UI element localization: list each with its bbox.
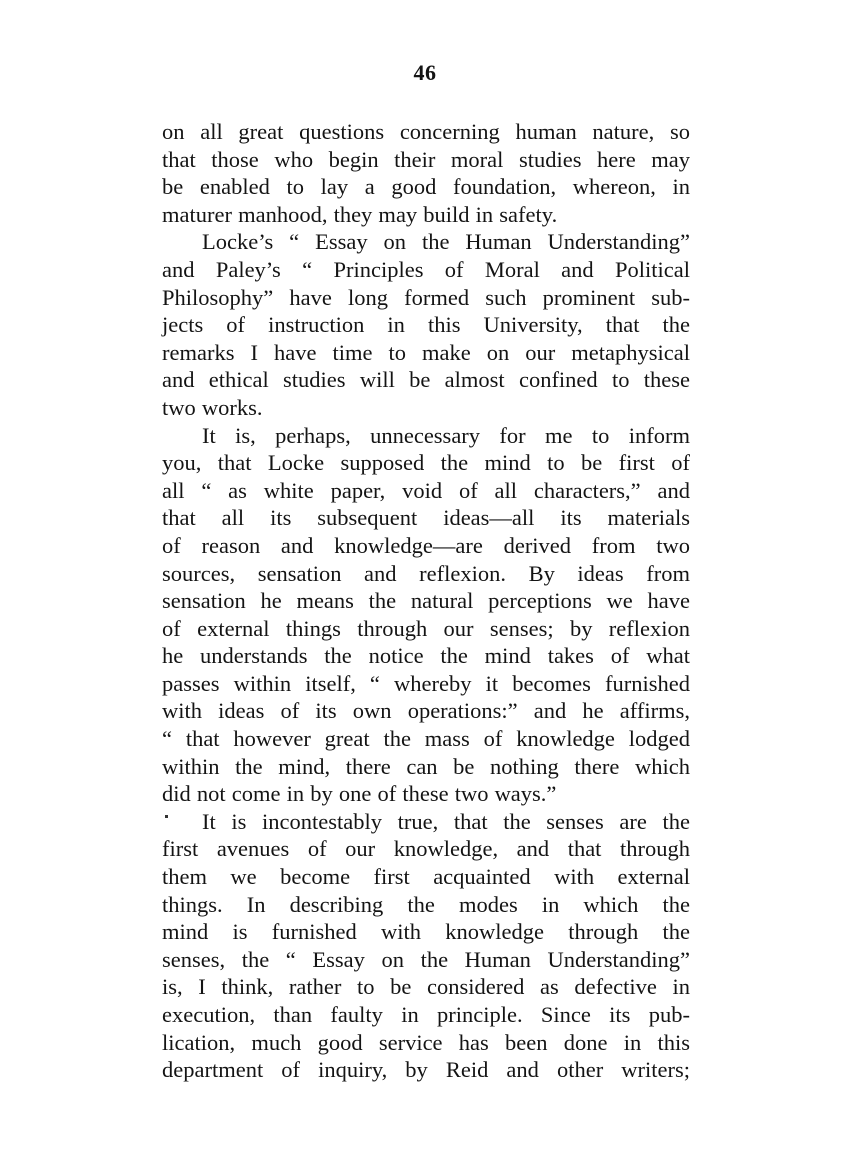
paragraph-2: Locke’s “ Essay on the Human Understandi… bbox=[162, 228, 690, 421]
text-line: execution, than faulty in principle. Sin… bbox=[162, 1001, 690, 1029]
text-line: that all its subsequent ideas—all its ma… bbox=[162, 504, 690, 532]
text-line: department of inquiry, by Reid and other… bbox=[162, 1056, 690, 1084]
text-line: did not come in by one of these two ways… bbox=[162, 780, 690, 808]
text-line: be enabled to lay a good foundation, whe… bbox=[162, 173, 690, 201]
text-line: It is, perhaps, unnecessary for me to in… bbox=[162, 422, 690, 450]
text-line: Philosophy” have long formed such promin… bbox=[162, 284, 690, 312]
paragraph-3: It is, perhaps, unnecessary for me to in… bbox=[162, 422, 690, 808]
text-line: that those who begin their moral studies… bbox=[162, 146, 690, 174]
text-line: maturer manhood, they may build in safet… bbox=[162, 201, 690, 229]
text-line: two works. bbox=[162, 394, 690, 422]
text-line: lication, much good service has been don… bbox=[162, 1029, 690, 1057]
text-line: Locke’s “ Essay on the Human Understandi… bbox=[162, 228, 690, 256]
text-line: and ethical studies will be almost confi… bbox=[162, 366, 690, 394]
text-line: of external things through our senses; b… bbox=[162, 615, 690, 643]
text-line: within the mind, there can be nothing th… bbox=[162, 753, 690, 781]
paragraph-1: on all great questions concerning human … bbox=[162, 118, 690, 228]
text-line: first avenues of our knowledge, and that… bbox=[162, 835, 690, 863]
text-line: of reason and knowledge—are derived from… bbox=[162, 532, 690, 560]
text-line: sensation he means the natural perceptio… bbox=[162, 587, 690, 615]
text-line: he understands the notice the mind takes… bbox=[162, 642, 690, 670]
text-line: sources, sensation and reflexion. By ide… bbox=[162, 560, 690, 588]
text-line: on all great questions concerning human … bbox=[162, 118, 690, 146]
text-line: remarks I have time to make on our metap… bbox=[162, 339, 690, 367]
text-line: It is incontestably true, that the sense… bbox=[162, 808, 690, 836]
page-number: 46 bbox=[0, 60, 850, 86]
text-line: senses, the “ Essay on the Human Underst… bbox=[162, 946, 690, 974]
text-line: “ that however great the mass of knowled… bbox=[162, 725, 690, 753]
body-text: on all great questions concerning human … bbox=[162, 118, 690, 1084]
text-line: and Paley’s “ Principles of Moral and Po… bbox=[162, 256, 690, 284]
text-line: is, I think, rather to be considered as … bbox=[162, 973, 690, 1001]
paragraph-4: It is incontestably true, that the sense… bbox=[162, 808, 690, 1084]
text-line: with ideas of its own operations:” and h… bbox=[162, 697, 690, 725]
text-line: them we become first acquainted with ext… bbox=[162, 863, 690, 891]
print-speck bbox=[165, 815, 168, 818]
text-line: passes within itself, “ whereby it becom… bbox=[162, 670, 690, 698]
text-line: things. In describing the modes in which… bbox=[162, 891, 690, 919]
text-line: you, that Locke supposed the mind to be … bbox=[162, 449, 690, 477]
text-line: mind is furnished with knowledge through… bbox=[162, 918, 690, 946]
text-line: jects of instruction in this University,… bbox=[162, 311, 690, 339]
text-line: all “ as white paper, void of all charac… bbox=[162, 477, 690, 505]
